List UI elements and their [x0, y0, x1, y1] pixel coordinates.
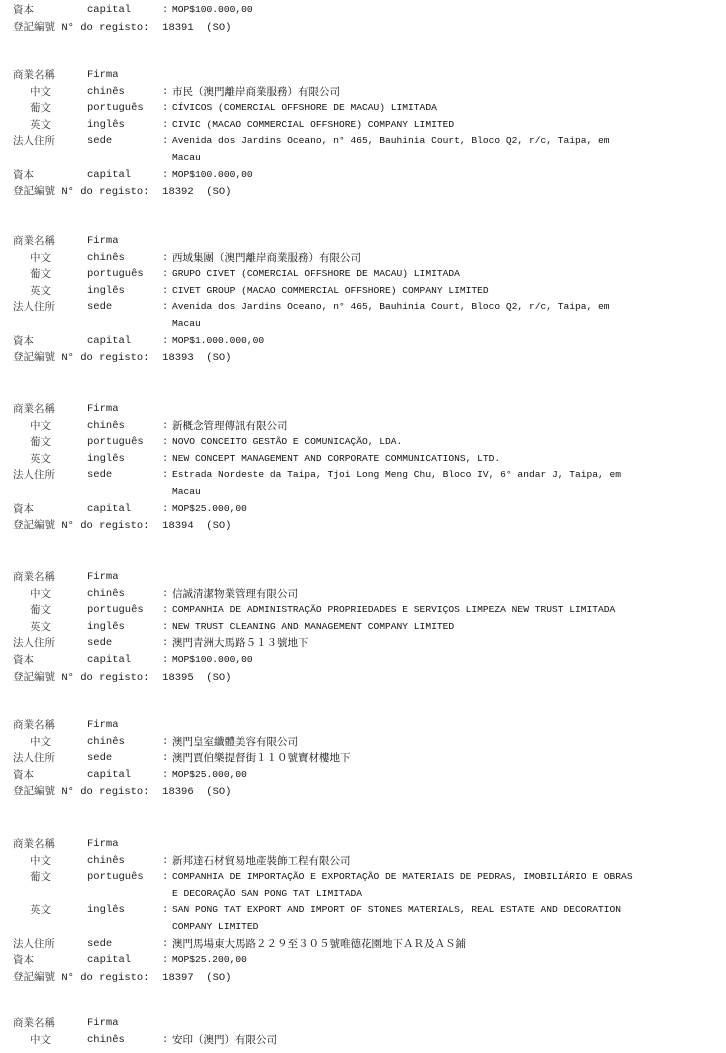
colon: : — [162, 853, 168, 870]
registo-number: 18393 — [162, 352, 194, 364]
firma-label-pt: Firma — [87, 836, 119, 853]
registo-line: 登記編號 N° do registo: 18394 (SO) — [13, 517, 231, 535]
ingles-value: CIVIC (MACAO COMMERCIAL OFFSHORE) COMPAN… — [172, 117, 454, 134]
colon: : — [162, 767, 168, 784]
capital-row: 資本capital:MOP$100.000,00 — [0, 167, 726, 184]
colon: : — [162, 467, 168, 484]
ingles-continuation-row: COMPANY LIMITED — [0, 919, 726, 936]
portugues-label-pt: português — [87, 100, 144, 117]
chines-row: 中文chinês:西域集團（澳門離岸商業服務）有限公司 — [0, 250, 726, 267]
company-entry: 商業名稱Firma中文chinês:西域集團（澳門離岸商業服務）有限公司葡文po… — [0, 233, 726, 366]
capital-value: MOP$1.000.000,00 — [172, 333, 264, 350]
colon: : — [162, 602, 168, 619]
capital-row: 資本capital:MOP$1.000.000,00 — [0, 333, 726, 350]
firma-label-zh: 商業名稱 — [13, 836, 55, 853]
firma-label-zh: 商業名稱 — [13, 67, 55, 84]
capital-label-zh: 資本 — [13, 167, 34, 184]
colon: : — [162, 1032, 168, 1049]
sede-continuation-row: Macau — [0, 316, 726, 333]
sede-value: 澳門青洲大馬路５１３號地下 — [172, 635, 309, 652]
sede-label-pt: sede — [87, 936, 112, 953]
registo-label-zh: 登記編號 — [13, 185, 55, 197]
chines-row: 中文chinês:新概念管理傳訊有限公司 — [0, 418, 726, 435]
portugues-continuation-row: E DECORAÇÃO SAN PONG TAT LIMITADA — [0, 886, 726, 903]
firma-header-row: 商業名稱Firma — [0, 67, 726, 84]
registo-label-zh: 登記編號 — [13, 785, 55, 797]
company-entry: 商業名稱Firma中文chinês:安印（澳門）有限公司 — [0, 1015, 726, 1048]
chines-row: 中文chinês:市民（澳門離岸商業服務）有限公司 — [0, 84, 726, 101]
sede-label-zh: 法人住所 — [13, 467, 55, 484]
chines-label-zh: 中文 — [30, 250, 51, 267]
registo-row: 登記編號 N° do registo: 18393 (SO) — [0, 349, 726, 366]
registo-row: 登記編號 N° do registo: 18391 (SO) — [0, 19, 726, 36]
portugues-value: GRUPO CIVET (COMERCIAL OFFSHORE DE MACAU… — [172, 266, 460, 283]
ingles-label-zh: 英文 — [30, 117, 51, 134]
chines-value: 信誠清潔物業管理有限公司 — [172, 586, 298, 603]
ingles-row: 英文inglês:NEW CONCEPT MANAGEMENT AND CORP… — [0, 451, 726, 468]
colon: : — [162, 619, 168, 636]
ingles-label-pt: inglês — [87, 117, 125, 134]
firma-label-zh: 商業名稱 — [13, 401, 55, 418]
ingles-label-zh: 英文 — [30, 619, 51, 636]
sede-continuation-row: Macau — [0, 484, 726, 501]
chines-row: 中文chinês:澳門皇室纖體美容有限公司 — [0, 734, 726, 751]
registo-label-zh: 登記編號 — [13, 971, 55, 983]
colon: : — [162, 299, 168, 316]
chines-label-zh: 中文 — [30, 84, 51, 101]
portugues-label-pt: português — [87, 434, 144, 451]
sede-value: Estrada Nordeste da Taipa, Tjoi Long Men… — [172, 467, 621, 484]
registo-type: (SO) — [206, 186, 231, 198]
firma-label-zh: 商業名稱 — [13, 233, 55, 250]
capital-row: 資本capital:MOP$25.200,00 — [0, 952, 726, 969]
sede-label-zh: 法人住所 — [13, 750, 55, 767]
registo-label-zh: 登記編號 — [13, 21, 55, 33]
registo-line: 登記編號 N° do registo: 18393 (SO) — [13, 349, 231, 367]
registo-line: 登記編號 N° do registo: 18395 (SO) — [13, 669, 231, 687]
registo-row: 登記編號 N° do registo: 18396 (SO) — [0, 783, 726, 800]
registo-line: 登記編號 N° do registo: 18396 (SO) — [13, 783, 231, 801]
capital-label-pt: capital — [87, 501, 131, 518]
registo-label-pt: N° do registo: — [61, 672, 149, 684]
portugues-value: COMPANHIA DE IMPORTAÇÃO E EXPORTAÇÃO DE … — [172, 869, 633, 886]
capital-value: MOP$25.000,00 — [172, 767, 247, 784]
sede-label-zh: 法人住所 — [13, 133, 55, 150]
ingles-label-zh: 英文 — [30, 283, 51, 300]
sede-label-pt: sede — [87, 299, 112, 316]
chines-row: 中文chinês:新邦達石材貿易地產裝飾工程有限公司 — [0, 853, 726, 870]
chines-label-pt: chinês — [87, 84, 125, 101]
capital-label-zh: 資本 — [13, 333, 34, 350]
sede-label-zh: 法人住所 — [13, 936, 55, 953]
registo-number: 18397 — [162, 972, 194, 984]
sede-row: 法人住所sede:澳門馬場東大馬路２２９至３０５號唯德花園地下ＡＲ及ＡＳ鋪 — [0, 936, 726, 953]
colon: : — [162, 333, 168, 350]
sede-continuation-row: Macau — [0, 150, 726, 167]
portugues-label-zh: 葡文 — [30, 869, 51, 886]
sede-value: Avenida dos Jardins Oceano, n° 465, Bauh… — [172, 133, 610, 150]
portugues-value: CÍVICOS (COMERCIAL OFFSHORE DE MACAU) LI… — [172, 100, 437, 117]
chines-value: 安印（澳門）有限公司 — [172, 1032, 277, 1049]
chines-label-zh: 中文 — [30, 586, 51, 603]
chines-label-pt: chinês — [87, 734, 125, 751]
capital-value: MOP$25.200,00 — [172, 952, 247, 969]
sede-row: 法人住所sede:澳門青洲大馬路５１３號地下 — [0, 635, 726, 652]
chines-label-pt: chinês — [87, 1032, 125, 1049]
chines-row: 中文chinês:信誠清潔物業管理有限公司 — [0, 586, 726, 603]
firma-header-row: 商業名稱Firma — [0, 569, 726, 586]
capital-label-pt: capital — [87, 333, 131, 350]
entry-fragment-18391: 資本 capital : MOP$100.000,00 登記編號 N° do r… — [0, 2, 726, 35]
colon: : — [162, 750, 168, 767]
portugues-label-zh: 葡文 — [30, 100, 51, 117]
ingles-label-zh: 英文 — [30, 451, 51, 468]
sede-value: 澳門賈伯樂提督街１１０號寶材樓地下 — [172, 750, 351, 767]
sede-label-pt: sede — [87, 133, 112, 150]
chines-label-pt: chinês — [87, 418, 125, 435]
portugues-label-pt: português — [87, 266, 144, 283]
sede-label-zh: 法人住所 — [13, 299, 55, 316]
firma-header-row: 商業名稱Firma — [0, 836, 726, 853]
colon: : — [162, 2, 168, 19]
capital-row: 資本 capital : MOP$100.000,00 — [0, 2, 726, 19]
portugues-value: NOVO CONCEITO GESTÃO E COMUNICAÇÃO, LDA. — [172, 434, 402, 451]
ingles-label-pt: inglês — [87, 451, 125, 468]
firma-header-row: 商業名稱Firma — [0, 401, 726, 418]
portugues-row: 葡文português:NOVO CONCEITO GESTÃO E COMUN… — [0, 434, 726, 451]
capital-label-zh: 資本 — [13, 2, 34, 19]
sede-value-continued: Macau — [172, 150, 201, 167]
capital-row: 資本capital:MOP$100.000,00 — [0, 652, 726, 669]
firma-label-pt: Firma — [87, 1015, 119, 1032]
portugues-row: 葡文português:CÍVICOS (COMERCIAL OFFSHORE … — [0, 100, 726, 117]
colon: : — [162, 283, 168, 300]
colon: : — [162, 869, 168, 886]
portugues-label-zh: 葡文 — [30, 434, 51, 451]
portugues-label-zh: 葡文 — [30, 266, 51, 283]
colon: : — [162, 936, 168, 953]
registo-type: (SO) — [206, 22, 231, 34]
colon: : — [162, 84, 168, 101]
colon: : — [162, 586, 168, 603]
capital-label-zh: 資本 — [13, 767, 34, 784]
company-entry: 商業名稱Firma中文chinês:澳門皇室纖體美容有限公司法人住所sede:澳… — [0, 717, 726, 800]
registo-row: 登記編號 N° do registo: 18394 (SO) — [0, 517, 726, 534]
capital-value: MOP$100.000,00 — [172, 167, 253, 184]
colon: : — [162, 952, 168, 969]
portugues-label-zh: 葡文 — [30, 602, 51, 619]
sede-label-zh: 法人住所 — [13, 635, 55, 652]
registo-line: 登記編號 N° do registo: 18397 (SO) — [13, 969, 231, 987]
firma-label-pt: Firma — [87, 569, 119, 586]
ingles-row: 英文inglês:CIVET GROUP (MACAO COMMERCIAL O… — [0, 283, 726, 300]
capital-value: MOP$100.000,00 — [172, 2, 253, 19]
ingles-label-pt: inglês — [87, 902, 125, 919]
sede-row: 法人住所sede:Avenida dos Jardins Oceano, n° … — [0, 133, 726, 150]
ingles-label-pt: inglês — [87, 619, 125, 636]
colon: : — [162, 635, 168, 652]
colon: : — [162, 418, 168, 435]
capital-row: 資本capital:MOP$25.000,00 — [0, 501, 726, 518]
ingles-label-zh: 英文 — [30, 902, 51, 919]
capital-label-pt: capital — [87, 767, 131, 784]
colon: : — [162, 734, 168, 751]
capital-row: 資本capital:MOP$25.000,00 — [0, 767, 726, 784]
firma-header-row: 商業名稱Firma — [0, 233, 726, 250]
firma-header-row: 商業名稱Firma — [0, 1015, 726, 1032]
sede-row: 法人住所sede:Avenida dos Jardins Oceano, n° … — [0, 299, 726, 316]
registo-row: 登記編號 N° do registo: 18397 (SO) — [0, 969, 726, 986]
chines-label-pt: chinês — [87, 586, 125, 603]
registo-label-pt: N° do registo: — [61, 22, 149, 34]
ingles-row: 英文inglês:SAN PONG TAT EXPORT AND IMPORT … — [0, 902, 726, 919]
colon: : — [162, 902, 168, 919]
firma-label-pt: Firma — [87, 401, 119, 418]
registo-type: (SO) — [206, 786, 231, 798]
registo-number: 18394 — [162, 520, 194, 532]
firma-label-zh: 商業名稱 — [13, 569, 55, 586]
registo-label-pt: N° do registo: — [61, 520, 149, 532]
colon: : — [162, 501, 168, 518]
registo-line: 登記編號 N° do registo: 18391 (SO) — [13, 19, 231, 37]
capital-label-zh: 資本 — [13, 501, 34, 518]
ingles-value: SAN PONG TAT EXPORT AND IMPORT OF STONES… — [172, 902, 621, 919]
capital-value: MOP$100.000,00 — [172, 652, 253, 669]
registo-label-pt: N° do registo: — [61, 786, 149, 798]
chines-value: 市民（澳門離岸商業服務）有限公司 — [172, 84, 340, 101]
ingles-label-pt: inglês — [87, 283, 125, 300]
registo-number: 18396 — [162, 786, 194, 798]
company-entry: 商業名稱Firma中文chinês:市民（澳門離岸商業服務）有限公司葡文port… — [0, 67, 726, 200]
colon: : — [162, 133, 168, 150]
registo-label-pt: N° do registo: — [61, 352, 149, 364]
registo-label-zh: 登記編號 — [13, 351, 55, 363]
capital-value: MOP$25.000,00 — [172, 501, 247, 518]
colon: : — [162, 434, 168, 451]
firma-header-row: 商業名稱Firma — [0, 717, 726, 734]
registo-type: (SO) — [206, 972, 231, 984]
portugues-label-pt: português — [87, 869, 144, 886]
company-entry: 商業名稱Firma中文chinês:信誠清潔物業管理有限公司葡文portuguê… — [0, 569, 726, 685]
sede-value: 澳門馬場東大馬路２２９至３０５號唯德花園地下ＡＲ及ＡＳ鋪 — [172, 936, 466, 953]
colon: : — [162, 451, 168, 468]
sede-label-pt: sede — [87, 467, 112, 484]
ingles-row: 英文inglês:NEW TRUST CLEANING AND MANAGEME… — [0, 619, 726, 636]
ingles-value: NEW TRUST CLEANING AND MANAGEMENT COMPAN… — [172, 619, 454, 636]
firma-label-zh: 商業名稱 — [13, 717, 55, 734]
colon: : — [162, 100, 168, 117]
colon: : — [162, 250, 168, 267]
chines-label-zh: 中文 — [30, 734, 51, 751]
capital-label-pt: capital — [87, 167, 131, 184]
capital-label-pt: capital — [87, 652, 131, 669]
registo-type: (SO) — [206, 352, 231, 364]
registo-label-zh: 登記編號 — [13, 671, 55, 683]
registo-number: 18391 — [162, 22, 194, 34]
firma-label-zh: 商業名稱 — [13, 1015, 55, 1032]
ingles-row: 英文inglês:CIVIC (MACAO COMMERCIAL OFFSHOR… — [0, 117, 726, 134]
chines-label-pt: chinês — [87, 250, 125, 267]
ingles-value-continued: COMPANY LIMITED — [172, 919, 258, 936]
portugues-value-continued: E DECORAÇÃO SAN PONG TAT LIMITADA — [172, 886, 362, 903]
registo-number: 18392 — [162, 186, 194, 198]
sede-row: 法人住所sede:Estrada Nordeste da Taipa, Tjoi… — [0, 467, 726, 484]
capital-label-pt: capital — [87, 2, 131, 19]
chines-label-zh: 中文 — [30, 1032, 51, 1049]
colon: : — [162, 266, 168, 283]
company-entry: 商業名稱Firma中文chinês:新概念管理傳訊有限公司葡文português… — [0, 401, 726, 534]
chines-value: 新概念管理傳訊有限公司 — [172, 418, 288, 435]
chines-label-pt: chinês — [87, 853, 125, 870]
registo-label-zh: 登記編號 — [13, 519, 55, 531]
capital-label-zh: 資本 — [13, 652, 34, 669]
sede-label-pt: sede — [87, 750, 112, 767]
chines-row: 中文chinês:安印（澳門）有限公司 — [0, 1032, 726, 1049]
chines-value: 西域集團（澳門離岸商業服務）有限公司 — [172, 250, 361, 267]
colon: : — [162, 652, 168, 669]
colon: : — [162, 117, 168, 134]
firma-label-pt: Firma — [87, 67, 119, 84]
sede-value: Avenida dos Jardins Oceano, n° 465, Bauh… — [172, 299, 610, 316]
sede-value-continued: Macau — [172, 484, 201, 501]
chines-value: 新邦達石材貿易地產裝飾工程有限公司 — [172, 853, 351, 870]
ingles-value: CIVET GROUP (MACAO COMMERCIAL OFFSHORE) … — [172, 283, 489, 300]
chines-label-zh: 中文 — [30, 418, 51, 435]
capital-label-pt: capital — [87, 952, 131, 969]
registo-row: 登記編號 N° do registo: 18395 (SO) — [0, 669, 726, 686]
ingles-value: NEW CONCEPT MANAGEMENT AND CORPORATE COM… — [172, 451, 500, 468]
portugues-row: 葡文português:COMPANHIA DE IMPORTAÇÃO E EX… — [0, 869, 726, 886]
registo-type: (SO) — [206, 672, 231, 684]
registo-type: (SO) — [206, 520, 231, 532]
colon: : — [162, 167, 168, 184]
portugues-row: 葡文português:GRUPO CIVET (COMERCIAL OFFSH… — [0, 266, 726, 283]
chines-label-zh: 中文 — [30, 853, 51, 870]
portugues-value: COMPANHIA DE ADMINISTRAÇÃO PROPRIEDADES … — [172, 602, 615, 619]
portugues-label-pt: português — [87, 602, 144, 619]
portugues-row: 葡文português:COMPANHIA DE ADMINISTRAÇÃO P… — [0, 602, 726, 619]
registo-label-pt: N° do registo: — [61, 186, 149, 198]
registo-number: 18395 — [162, 672, 194, 684]
capital-label-zh: 資本 — [13, 952, 34, 969]
sede-value-continued: Macau — [172, 316, 201, 333]
firma-label-pt: Firma — [87, 717, 119, 734]
sede-label-pt: sede — [87, 635, 112, 652]
registo-row: 登記編號 N° do registo: 18392 (SO) — [0, 183, 726, 200]
sede-row: 法人住所sede:澳門賈伯樂提督街１１０號寶材樓地下 — [0, 750, 726, 767]
company-entry: 商業名稱Firma中文chinês:新邦達石材貿易地產裝飾工程有限公司葡文por… — [0, 836, 726, 985]
chines-value: 澳門皇室纖體美容有限公司 — [172, 734, 298, 751]
firma-label-pt: Firma — [87, 233, 119, 250]
registo-label-pt: N° do registo: — [61, 972, 149, 984]
registo-line: 登記編號 N° do registo: 18392 (SO) — [13, 183, 231, 201]
